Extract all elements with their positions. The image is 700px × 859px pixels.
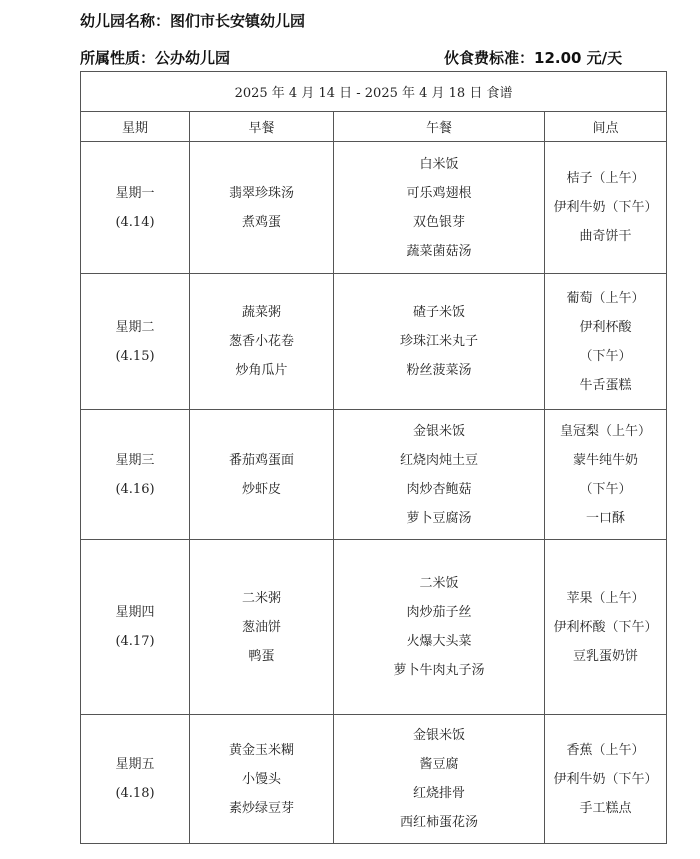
snack-cell: 葡萄（上午）伊利杯酸（下午）牛舌蛋糕 <box>545 274 667 410</box>
lunch-item: 金银米饭 <box>334 721 544 750</box>
breakfast-item: 煮鸡蛋 <box>190 208 333 237</box>
meal-fee-standard: 伙食费标准：12.00 元/天 <box>444 47 622 68</box>
weekday-label: 星期五 <box>81 750 189 779</box>
lunch-item: 可乐鸡翅根 <box>334 179 544 208</box>
table-row: 星期一(4.14)翡翠珍珠汤煮鸡蛋白米饭可乐鸡翅根双色银芽蔬菜菌菇汤桔子（上午）… <box>81 142 667 274</box>
snack-item: 手工糕点 <box>545 794 666 823</box>
menu-title: 2025 年 4 月 14 日 - 2025 年 4 月 18 日 食谱 <box>81 72 667 112</box>
lunch-item: 白米饭 <box>334 150 544 179</box>
lunch-item: 粉丝菠菜汤 <box>334 356 544 385</box>
weekday-label: 星期四 <box>81 598 189 627</box>
lunch-item: 西红柿蛋花汤 <box>334 808 544 837</box>
snack-item: 苹果（上午） <box>545 584 666 613</box>
weekday-label: 星期一 <box>81 179 189 208</box>
snack-item: 曲奇饼干 <box>545 222 666 251</box>
breakfast-item: 蔬菜粥 <box>190 298 333 327</box>
lunch-item: 蔬菜菌菇汤 <box>334 237 544 266</box>
lunch-item: 珍珠江米丸子 <box>334 327 544 356</box>
lunch-item: 肉炒杏鲍菇 <box>334 475 544 504</box>
lunch-item: 金银米饭 <box>334 417 544 446</box>
lunch-cell: 白米饭可乐鸡翅根双色银芽蔬菜菌菇汤 <box>334 142 545 274</box>
breakfast-item: 小馒头 <box>190 765 333 794</box>
weekday-label: 星期三 <box>81 446 189 475</box>
breakfast-item: 翡翠珍珠汤 <box>190 179 333 208</box>
lunch-cell: 金银米饭酱豆腐红烧排骨西红柿蛋花汤 <box>334 715 545 844</box>
breakfast-item: 番茄鸡蛋面 <box>190 446 333 475</box>
breakfast-cell: 二米粥葱油饼鸭蛋 <box>190 540 334 715</box>
breakfast-item: 葱油饼 <box>190 613 333 642</box>
table-row: 星期二(4.15)蔬菜粥葱香小花卷炒角瓜片碴子米饭珍珠江米丸子粉丝菠菜汤葡萄（上… <box>81 274 667 410</box>
breakfast-cell: 翡翠珍珠汤煮鸡蛋 <box>190 142 334 274</box>
breakfast-item: 炒虾皮 <box>190 475 333 504</box>
column-header-lunch: 午餐 <box>334 112 545 142</box>
lunch-item: 肉炒茄子丝 <box>334 598 544 627</box>
date-label: (4.15) <box>81 342 189 371</box>
snack-cell: 皇冠梨（上午）蒙牛纯牛奶（下午）一口酥 <box>545 410 667 540</box>
snack-cell: 苹果（上午）伊利杯酸（下午）豆乳蛋奶饼 <box>545 540 667 715</box>
lunch-item: 碴子米饭 <box>334 298 544 327</box>
lunch-item: 酱豆腐 <box>334 750 544 779</box>
snack-item: 伊利牛奶（下午） <box>545 765 666 794</box>
breakfast-cell: 黄金玉米糊小馒头素炒绿豆芽 <box>190 715 334 844</box>
day-cell: 星期四(4.17) <box>81 540 190 715</box>
date-label: (4.17) <box>81 627 189 656</box>
snack-item: （下午） <box>545 342 666 371</box>
lunch-item: 火爆大头菜 <box>334 627 544 656</box>
column-header-snack: 间点 <box>545 112 667 142</box>
table-header-row: 星期 早餐 午餐 间点 <box>81 112 667 142</box>
date-label: (4.16) <box>81 475 189 504</box>
kindergarten-ownership: 所属性质：公办幼儿园 <box>80 47 230 68</box>
day-cell: 星期三(4.16) <box>81 410 190 540</box>
date-label: (4.14) <box>81 208 189 237</box>
snack-item: 桔子（上午） <box>545 164 666 193</box>
snack-item: 蒙牛纯牛奶 <box>545 446 666 475</box>
lunch-cell: 碴子米饭珍珠江米丸子粉丝菠菜汤 <box>334 274 545 410</box>
weekday-label: 星期二 <box>81 313 189 342</box>
day-cell: 星期二(4.15) <box>81 274 190 410</box>
lunch-item: 萝卜豆腐汤 <box>334 504 544 533</box>
breakfast-item: 黄金玉米糊 <box>190 736 333 765</box>
lunch-cell: 金银米饭红烧肉炖土豆肉炒杏鲍菇萝卜豆腐汤 <box>334 410 545 540</box>
breakfast-item: 鸭蛋 <box>190 642 333 671</box>
snack-cell: 桔子（上午）伊利牛奶（下午）曲奇饼干 <box>545 142 667 274</box>
date-label: (4.18) <box>81 779 189 808</box>
snack-item: 豆乳蛋奶饼 <box>545 642 666 671</box>
lunch-cell: 二米饭肉炒茄子丝火爆大头菜萝卜牛肉丸子汤 <box>334 540 545 715</box>
snack-item: 伊利杯酸 <box>545 313 666 342</box>
lunch-item: 萝卜牛肉丸子汤 <box>334 656 544 685</box>
breakfast-item: 炒角瓜片 <box>190 356 333 385</box>
day-cell: 星期五(4.18) <box>81 715 190 844</box>
snack-cell: 香蕉（上午）伊利牛奶（下午）手工糕点 <box>545 715 667 844</box>
snack-item: （下午） <box>545 475 666 504</box>
snack-item: 皇冠梨（上午） <box>545 417 666 446</box>
snack-item: 一口酥 <box>545 504 666 533</box>
lunch-item: 双色银芽 <box>334 208 544 237</box>
lunch-item: 红烧肉炖土豆 <box>334 446 544 475</box>
kindergarten-name: 幼儿园名称：图们市长安镇幼儿园 <box>80 10 305 31</box>
breakfast-item: 素炒绿豆芽 <box>190 794 333 823</box>
snack-item: 伊利牛奶（下午） <box>545 193 666 222</box>
table-row: 星期三(4.16)番茄鸡蛋面炒虾皮金银米饭红烧肉炖土豆肉炒杏鲍菇萝卜豆腐汤皇冠梨… <box>81 410 667 540</box>
table-row: 星期四(4.17)二米粥葱油饼鸭蛋二米饭肉炒茄子丝火爆大头菜萝卜牛肉丸子汤苹果（… <box>81 540 667 715</box>
snack-item: 香蕉（上午） <box>545 736 666 765</box>
weekly-menu-table: 2025 年 4 月 14 日 - 2025 年 4 月 18 日 食谱 星期 … <box>80 71 667 844</box>
lunch-item: 红烧排骨 <box>334 779 544 808</box>
day-cell: 星期一(4.14) <box>81 142 190 274</box>
column-header-breakfast: 早餐 <box>190 112 334 142</box>
snack-item: 葡萄（上午） <box>545 284 666 313</box>
snack-item: 伊利杯酸（下午） <box>545 613 666 642</box>
breakfast-cell: 蔬菜粥葱香小花卷炒角瓜片 <box>190 274 334 410</box>
breakfast-item: 二米粥 <box>190 584 333 613</box>
lunch-item: 二米饭 <box>334 569 544 598</box>
snack-item: 牛舌蛋糕 <box>545 371 666 400</box>
column-header-day: 星期 <box>81 112 190 142</box>
breakfast-cell: 番茄鸡蛋面炒虾皮 <box>190 410 334 540</box>
table-row: 星期五(4.18)黄金玉米糊小馒头素炒绿豆芽金银米饭酱豆腐红烧排骨西红柿蛋花汤香… <box>81 715 667 844</box>
breakfast-item: 葱香小花卷 <box>190 327 333 356</box>
